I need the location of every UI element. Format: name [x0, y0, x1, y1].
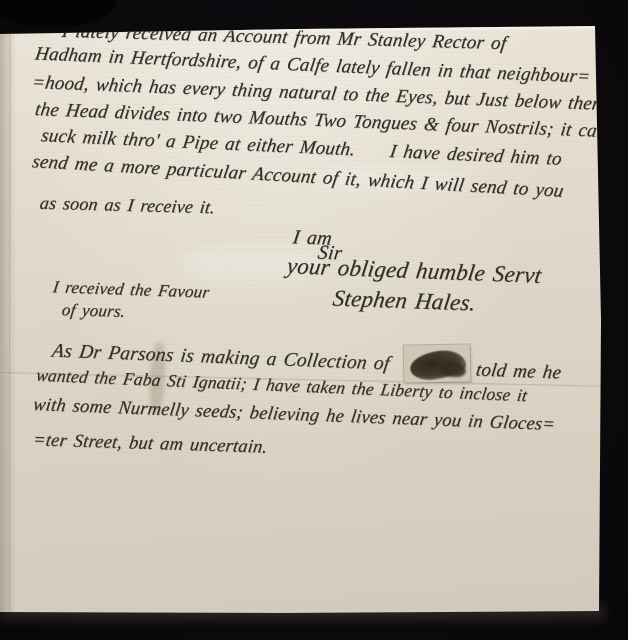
- signature: Stephen Hales.: [331, 287, 477, 315]
- photograph-of-letter: I lately received an Account from Mr Sta…: [0, 0, 628, 640]
- gutter-shade: [0, 30, 16, 612]
- corner-dark-blob: [0, 0, 116, 28]
- letter-line: as soon as I receive it.: [39, 194, 216, 217]
- letter-page: I lately received an Account from Mr Sta…: [0, 0, 628, 640]
- fold-crease-vertical: [9, 30, 12, 612]
- marginal-note-line: of yours.: [61, 301, 127, 320]
- postscript-line: told me he: [475, 361, 563, 383]
